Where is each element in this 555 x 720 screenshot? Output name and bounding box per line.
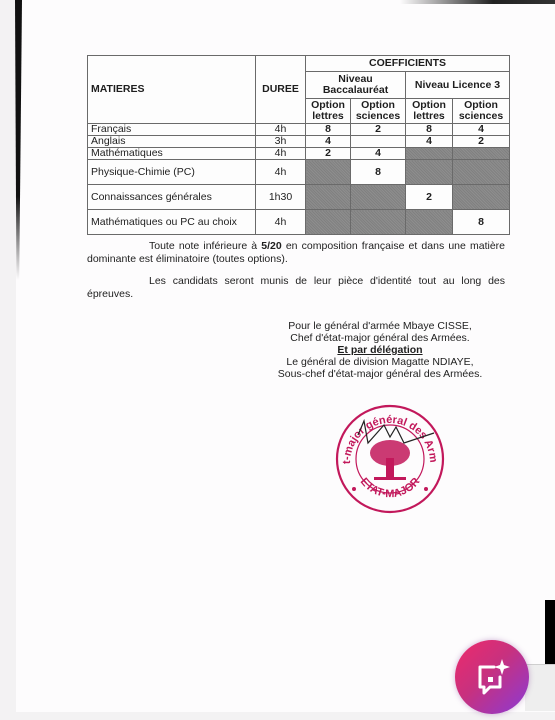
signature-block: Pour le général d'armée Mbaye CISSE, Che… xyxy=(250,320,510,380)
table-row: Connaissances générales1h302 xyxy=(88,185,510,210)
ai-chat-sparkle-icon xyxy=(472,657,512,697)
coefficients-table: MATIERES DUREE COEFFICIENTS Niveau Bacca… xyxy=(87,55,510,235)
cell-l3-sciences xyxy=(453,185,510,210)
cell-matiere: Connaissances générales xyxy=(88,185,256,210)
header-duree: DUREE xyxy=(256,56,306,124)
cell-duree: 1h30 xyxy=(256,185,306,210)
header-bac-option-lettres: Option lettres xyxy=(306,99,351,124)
cell-l3-sciences: 2 xyxy=(453,136,510,148)
table-row: Physique-Chimie (PC)4h8 xyxy=(88,160,510,185)
cell-l3-sciences: 8 xyxy=(453,210,510,235)
cell-matiere: Mathématiques ou PC au choix xyxy=(88,210,256,235)
header-l3-option-lettres: Option lettres xyxy=(406,99,453,124)
cell-l3-lettres: 2 xyxy=(406,185,453,210)
cell-bac-sciences: 4 xyxy=(351,148,406,160)
cell-l3-lettres xyxy=(406,160,453,185)
signature-line-4: Le général de division Magatte NDIAYE, xyxy=(250,356,510,368)
cell-bac-lettres xyxy=(306,160,351,185)
cell-bac-lettres xyxy=(306,185,351,210)
cell-bac-lettres: 2 xyxy=(306,148,351,160)
cell-matiere: Physique-Chimie (PC) xyxy=(88,160,256,185)
signature-line-5: Sous-chef d'état-major général des Armée… xyxy=(250,368,510,380)
header-bac-option-sciences: Option sciences xyxy=(351,99,406,124)
baobab-tree-icon xyxy=(370,440,410,480)
cell-matiere: Anglais xyxy=(88,136,256,148)
note-eliminatoire: Toute note inférieure à 5/20 en composit… xyxy=(87,240,505,266)
signature-line-1: Pour le général d'armée Mbaye CISSE, xyxy=(250,320,510,332)
header-niveau-l3: Niveau Licence 3 xyxy=(406,72,510,99)
ai-chat-button[interactable] xyxy=(455,640,529,714)
header-matieres: MATIERES xyxy=(88,56,256,124)
cell-bac-lettres xyxy=(306,210,351,235)
cell-matiere: Mathématiques xyxy=(88,148,256,160)
cell-bac-lettres: 4 xyxy=(306,136,351,148)
cell-duree: 4h xyxy=(256,124,306,136)
cell-bac-lettres: 8 xyxy=(306,124,351,136)
scan-edge-top xyxy=(400,0,555,4)
cell-l3-lettres: 8 xyxy=(406,124,453,136)
note-identite: Les candidats seront munis de leur pièce… xyxy=(87,275,505,301)
note-threshold: 5/20 xyxy=(261,240,281,252)
cell-matiere: Français xyxy=(88,124,256,136)
table-row: Français4h8284 xyxy=(88,124,510,136)
cell-l3-lettres xyxy=(406,148,453,160)
scan-edge-right xyxy=(545,600,555,664)
cell-bac-sciences: 2 xyxy=(351,124,406,136)
cell-l3-lettres: 4 xyxy=(406,136,453,148)
signature-line-2: Chef d'état-major général des Armées. xyxy=(250,332,510,344)
note-text: Toute note inférieure à xyxy=(149,240,261,252)
header-coefficients: COEFFICIENTS xyxy=(306,56,510,72)
cell-duree: 4h xyxy=(256,160,306,185)
cell-duree: 4h xyxy=(256,148,306,160)
cell-l3-sciences xyxy=(453,148,510,160)
cell-l3-sciences: 4 xyxy=(453,124,510,136)
table-row: Anglais3h442 xyxy=(88,136,510,148)
cell-bac-sciences xyxy=(351,185,406,210)
cell-bac-sciences: 8 xyxy=(351,160,406,185)
official-stamp: Etat-major général des Armées ETAT-MAJOR xyxy=(334,403,446,515)
signature-delegation: Et par délégation xyxy=(250,344,510,356)
cell-bac-sciences xyxy=(351,210,406,235)
cell-bac-sciences xyxy=(351,136,406,148)
corner-overlay xyxy=(525,664,555,711)
table-row: Mathématiques4h24 xyxy=(88,148,510,160)
cell-l3-sciences xyxy=(453,160,510,185)
cell-duree: 4h xyxy=(256,210,306,235)
table-row: Mathématiques ou PC au choix4h8 xyxy=(88,210,510,235)
cell-duree: 3h xyxy=(256,136,306,148)
header-l3-option-sciences: Option sciences xyxy=(453,99,510,124)
header-niveau-bac: Niveau Baccalauréat xyxy=(306,72,406,99)
cell-l3-lettres xyxy=(406,210,453,235)
note-identite-text: Les candidats seront munis de leur pièce… xyxy=(87,275,505,300)
